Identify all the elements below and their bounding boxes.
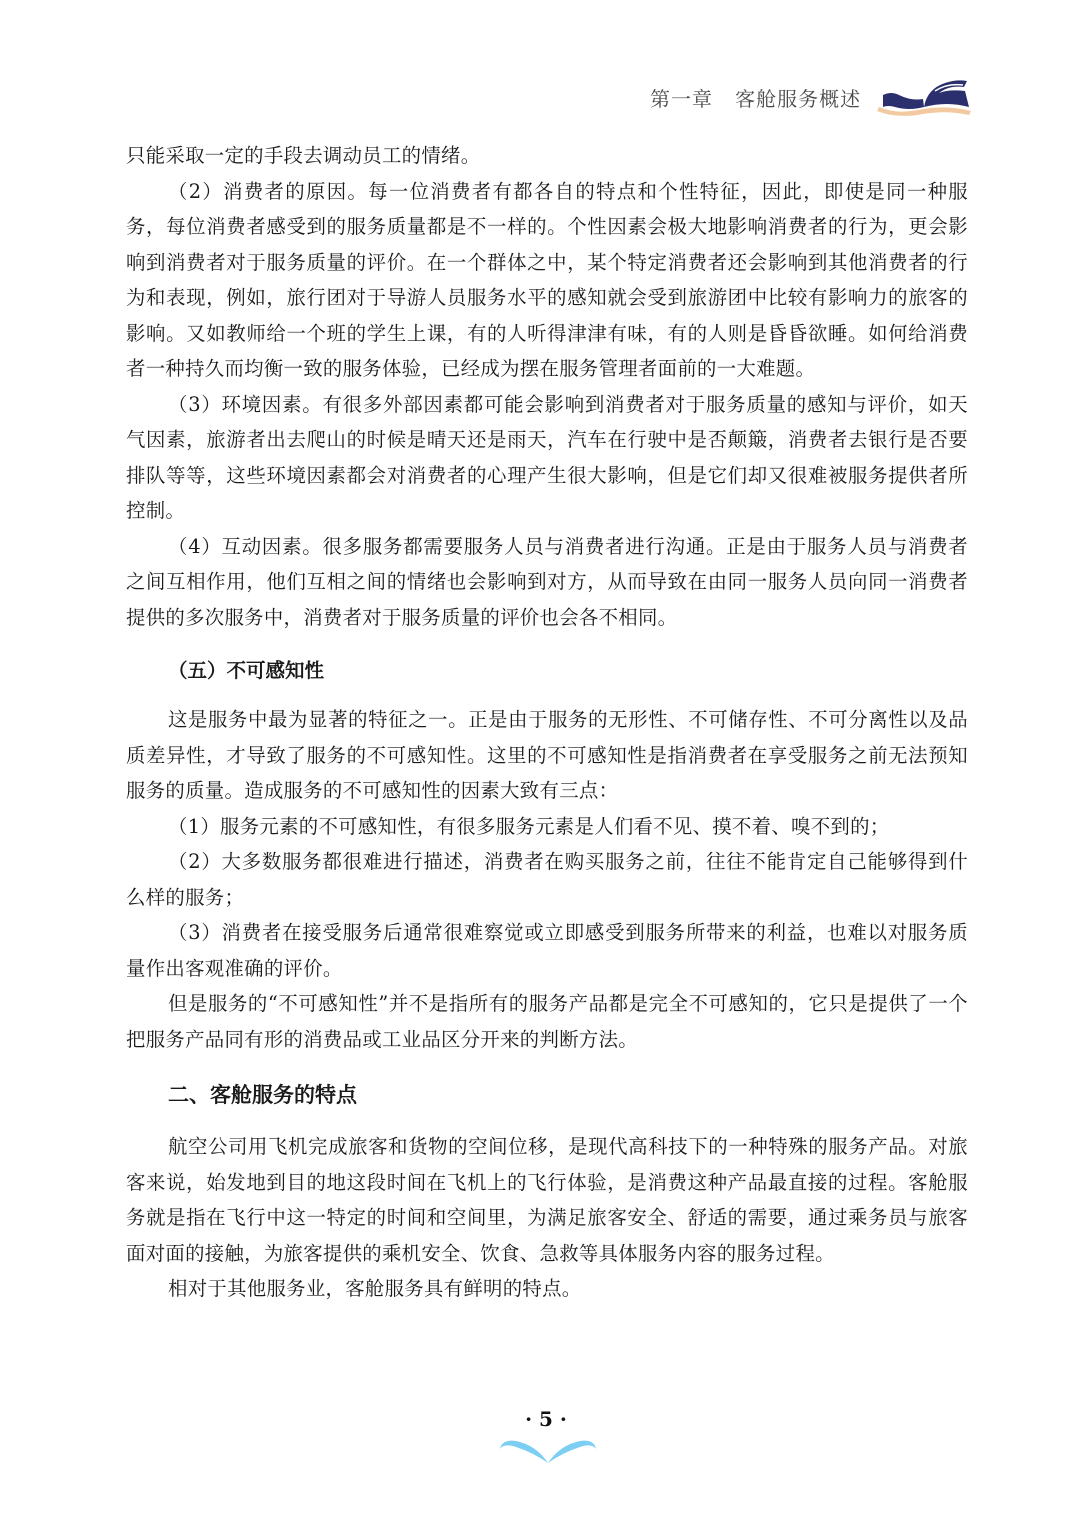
paragraph: 只能采取一定的手段去调动员工的情绪。 bbox=[126, 138, 968, 174]
page-body: 只能采取一定的手段去调动员工的情绪。 （2）消费者的原因。每一位消费者有都各自的… bbox=[126, 138, 968, 1307]
open-book-icon bbox=[877, 77, 972, 117]
chapter-title: 第一章 客舱服务概述 bbox=[650, 83, 861, 112]
paragraph: 航空公司用飞机完成旅客和货物的空间位移，是现代高科技下的一种特殊的服务产品。对旅… bbox=[126, 1129, 968, 1271]
section-heading: 二、客舱服务的特点 bbox=[168, 1077, 968, 1113]
list-item: （3）消费者在接受服务后通常很难察觉或立即感受到服务所带来的利益，也难以对服务质… bbox=[126, 915, 968, 986]
list-item: （2）大多数服务都很难进行描述，消费者在购买服务之前，往往不能肯定自己能够得到什… bbox=[126, 844, 968, 915]
paragraph: （4）互动因素。很多服务都需要服务人员与消费者进行沟通。正是由于服务人员与消费者… bbox=[126, 529, 968, 636]
paragraph: （3）环境因素。有很多外部因素都可能会影响到消费者对于服务质量的感知与评价，如天… bbox=[126, 387, 968, 529]
paragraph: （2）消费者的原因。每一位消费者有都各自的特点和个性特征，因此，即使是同一种服务… bbox=[126, 174, 968, 387]
paragraph: 这是服务中最为显著的特征之一。正是由于服务的无形性、不可储存性、不可分离性以及品… bbox=[126, 702, 968, 809]
wave-ornament-icon bbox=[496, 1433, 600, 1465]
page-number: · 5 · bbox=[496, 1407, 596, 1431]
running-header: 第一章 客舱服务概述 bbox=[650, 74, 972, 120]
paragraph: 但是服务的“不可感知性”并不是指所有的服务产品都是完全不可感知的，它只是提供了一… bbox=[126, 986, 968, 1057]
list-item: （1）服务元素的不可感知性，有很多服务元素是人们看不见、摸不着、嗅不到的； bbox=[126, 809, 968, 845]
page-footer: · 5 · bbox=[496, 1407, 596, 1465]
paragraph: 相对于其他服务业，客舱服务具有鲜明的特点。 bbox=[126, 1271, 968, 1307]
sub-heading: （五）不可感知性 bbox=[168, 653, 968, 689]
